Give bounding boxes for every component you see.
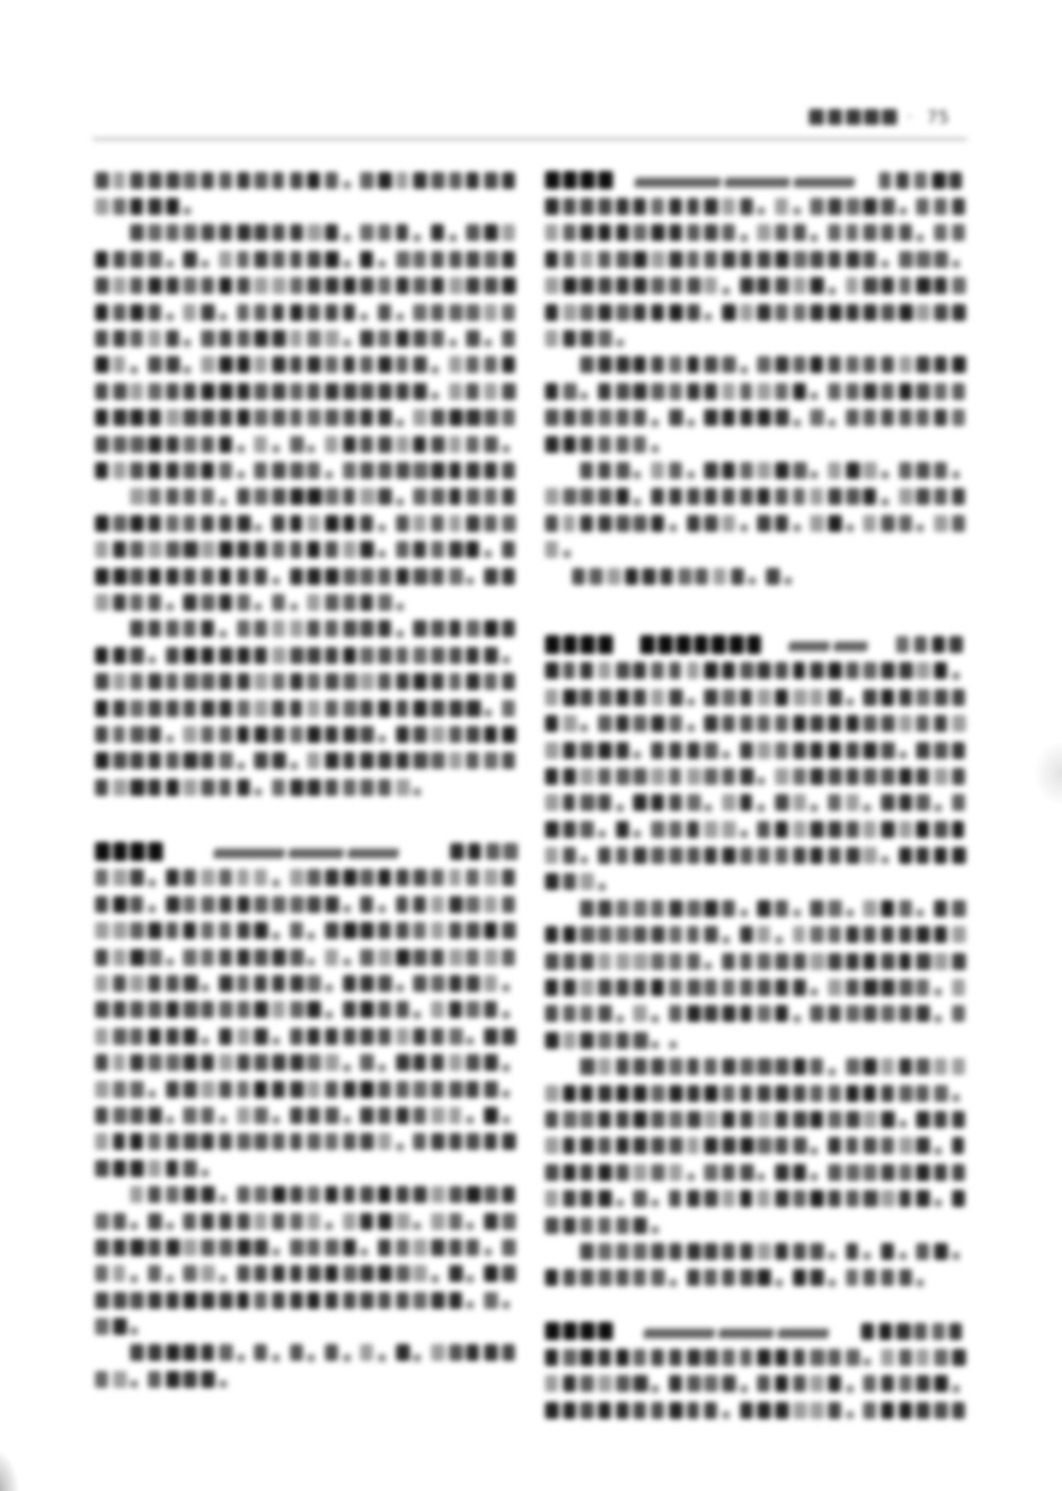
glyph (378, 431, 396, 457)
glyph (669, 299, 687, 325)
glyph-ink (396, 436, 409, 453)
glyph (413, 431, 431, 457)
glyph-ink (545, 1375, 558, 1392)
glyph (881, 974, 899, 1000)
glyph (130, 563, 148, 589)
glyph (598, 457, 616, 483)
glyph-ink (201, 462, 214, 479)
punctuation-glyph-ink (810, 471, 818, 479)
glyph-ink (413, 1186, 426, 1203)
glyph (413, 970, 431, 996)
glyph-ink (502, 568, 515, 585)
glyph (934, 684, 952, 710)
glyph-ink (881, 742, 895, 759)
glyph (450, 838, 468, 864)
glyph-ink (290, 949, 304, 966)
glyph-ink (899, 689, 912, 706)
glyph (916, 1238, 934, 1264)
glyph (130, 325, 148, 351)
glyph (952, 816, 970, 842)
glyph-ink (183, 1081, 196, 1098)
glyph (237, 299, 255, 325)
glyph-ink (166, 488, 179, 505)
text-line (95, 1076, 521, 1102)
punctuation-glyph-ink (502, 984, 510, 992)
glyph-ink (810, 356, 823, 373)
glyph (360, 1023, 378, 1049)
glyph-ink (863, 383, 876, 400)
text-line (545, 922, 967, 948)
glyph (704, 1397, 722, 1423)
glyph (881, 816, 899, 842)
glyph-ink (201, 1213, 214, 1230)
punctuation-glyph-ink (916, 524, 924, 532)
punctuation-glyph-ink (633, 830, 641, 838)
glyph-ink (290, 224, 304, 241)
glyph-ink (607, 568, 621, 585)
glyph (113, 457, 131, 483)
glyph-ink (237, 673, 251, 690)
glyph (325, 536, 343, 562)
glyph (360, 1181, 378, 1207)
glyph (413, 918, 431, 944)
glyph (651, 510, 669, 536)
glyph (580, 1185, 598, 1211)
glyph-ink (183, 462, 197, 479)
glyph (757, 1133, 775, 1159)
glyph (616, 1371, 634, 1397)
glyph (413, 1129, 431, 1155)
glyph-ink (237, 172, 251, 189)
glyph-ink (413, 356, 427, 373)
glyph (633, 895, 651, 921)
text-line (545, 220, 967, 246)
glyph-ink (704, 277, 717, 294)
glyph (722, 352, 740, 378)
glyph-ink (396, 1081, 409, 1098)
glyph-ink (793, 1111, 807, 1128)
glyph (669, 352, 687, 378)
glyph (466, 405, 484, 431)
glyph (183, 563, 201, 589)
glyph (325, 1234, 343, 1260)
glyph-ink (881, 1243, 894, 1260)
glyph-ink (651, 251, 665, 268)
glyph-ink (757, 277, 770, 294)
glyph-ink (846, 1243, 859, 1260)
glyph-ink (828, 689, 842, 706)
glyph (431, 220, 449, 246)
glyph (502, 1181, 520, 1207)
glyph-ink (934, 1058, 947, 1075)
glyph-ink (669, 742, 682, 759)
glyph (916, 816, 934, 842)
glyph-ink (896, 1323, 910, 1340)
punctuation-glyph-ink (166, 958, 174, 966)
glyph-ink (757, 1058, 771, 1075)
glyph-ink (113, 436, 127, 453)
glyph-ink (704, 488, 717, 505)
glyph (290, 273, 308, 299)
glyph-ink (616, 488, 629, 505)
glyph (952, 246, 970, 272)
glyph (307, 167, 325, 193)
glyph (914, 631, 932, 657)
glyph (307, 299, 325, 325)
punctuation-glyph-ink (722, 751, 730, 759)
glyph (307, 970, 325, 996)
glyph (580, 948, 598, 974)
glyph (484, 1340, 502, 1366)
glyph (360, 220, 378, 246)
glyph-ink (580, 1137, 594, 1154)
glyph (863, 1133, 881, 1159)
glyph (484, 695, 502, 721)
glyph (219, 273, 237, 299)
glyph-ink (360, 1265, 374, 1282)
glyph-ink (775, 462, 789, 479)
glyph-ink (343, 356, 356, 373)
glyph-ink (290, 1292, 303, 1309)
glyph-ink (360, 620, 374, 637)
glyph (148, 1208, 166, 1234)
glyph-ink (616, 1349, 629, 1366)
glyph (793, 895, 811, 921)
glyph-ink (237, 251, 250, 268)
glyph (378, 484, 396, 510)
glyph (502, 1076, 520, 1102)
glyph (113, 1102, 131, 1128)
glyph (95, 1102, 113, 1128)
glyph-ink (740, 979, 754, 996)
glyph (130, 273, 148, 299)
glyph (237, 1340, 255, 1366)
glyph-ink (325, 726, 338, 743)
glyph (378, 167, 396, 193)
glyph (272, 642, 290, 668)
punctuation-glyph-ink (343, 958, 351, 966)
glyph (563, 842, 581, 868)
glyph (580, 220, 598, 246)
glyph (95, 944, 113, 970)
continuation-block (95, 167, 521, 220)
glyph-ink (775, 847, 788, 864)
glyph (502, 563, 520, 589)
glyph (396, 1234, 414, 1260)
glyph-ink (899, 277, 912, 294)
glyph-ink (616, 715, 630, 732)
glyph-ink (846, 847, 860, 864)
glyph (290, 1208, 308, 1234)
glyph-ink (130, 515, 144, 532)
glyph (580, 510, 598, 536)
text-line (95, 642, 521, 668)
glyph (396, 668, 414, 694)
glyph-ink (307, 1186, 320, 1203)
glyph (775, 842, 793, 868)
glyph (810, 1397, 828, 1423)
glyph (687, 352, 705, 378)
glyph-ink (828, 462, 841, 479)
glyph-ink (290, 251, 303, 268)
glyph-ink (325, 436, 339, 453)
glyph-ink (466, 975, 479, 992)
glyph-ink (360, 726, 374, 743)
glyph (272, 405, 290, 431)
glyph (916, 895, 934, 921)
glyph (378, 891, 396, 917)
glyph-ink (563, 1164, 577, 1181)
glyph-ink (899, 1190, 912, 1207)
glyph (704, 246, 722, 272)
glyph-ink (360, 1081, 373, 1098)
glyph-ink (396, 1292, 409, 1309)
glyph-ink (466, 488, 480, 505)
glyph-ink (757, 821, 770, 838)
glyph-ink (563, 715, 577, 732)
glyph (290, 944, 308, 970)
glyph-ink (949, 1323, 962, 1340)
glyph-ink (633, 383, 646, 400)
glyph (616, 710, 634, 736)
glyph-ink (952, 900, 966, 917)
glyph (580, 895, 598, 921)
glyph (183, 1366, 201, 1392)
punctuation-glyph-ink (343, 260, 351, 268)
glyph (307, 616, 325, 642)
glyph (183, 273, 201, 299)
glyph-ink (431, 896, 444, 913)
latin-name-blurred (212, 838, 404, 864)
glyph (633, 922, 651, 948)
glyph-ink (166, 1371, 180, 1388)
glyph (95, 721, 113, 747)
glyph (916, 763, 934, 789)
glyph-ink (272, 700, 285, 717)
glyph (934, 974, 952, 1000)
glyph (413, 1181, 431, 1207)
glyph (722, 1106, 740, 1132)
glyph-ink (307, 1001, 321, 1018)
glyph (580, 246, 598, 272)
glyph-ink (431, 488, 445, 505)
punctuation-glyph-ink (378, 905, 386, 913)
glyph-ink (669, 304, 683, 321)
glyph (148, 510, 166, 536)
glyph (775, 974, 793, 1000)
glyph-ink (148, 726, 161, 743)
glyph (219, 167, 237, 193)
glyph (396, 1340, 414, 1366)
glyph (166, 1155, 184, 1181)
glyph (272, 918, 290, 944)
glyph (378, 220, 396, 246)
glyph-ink (130, 436, 144, 453)
glyph (413, 1102, 431, 1128)
glyph-ink (431, 251, 444, 268)
punctuation-glyph-ink (343, 1064, 351, 1072)
glyph-ink (166, 673, 179, 690)
glyph-ink (272, 541, 286, 558)
glyph (828, 457, 846, 483)
punctuation-glyph-ink (793, 524, 801, 532)
glyph (633, 1159, 651, 1185)
glyph-ink (694, 635, 709, 654)
glyph (272, 1287, 290, 1313)
glyph-ink (722, 1375, 736, 1392)
glyph-ink (775, 515, 788, 532)
glyph (254, 220, 272, 246)
glyph-ink (863, 488, 876, 505)
glyph (598, 167, 616, 193)
glyph-ink (598, 1349, 611, 1366)
punctuation-glyph-ink (130, 366, 138, 374)
punctuation-glyph-ink (793, 207, 801, 215)
glyph-ink (237, 975, 250, 992)
glyph-ink (775, 488, 789, 505)
glyph-ink (580, 1111, 593, 1128)
glyph (563, 1318, 581, 1344)
glyph (793, 1265, 811, 1291)
glyph (468, 838, 486, 864)
glyph-ink (828, 979, 842, 996)
glyph (846, 352, 864, 378)
glyph (881, 737, 899, 763)
glyph (486, 838, 504, 864)
glyph (183, 1234, 201, 1260)
glyph (325, 510, 343, 536)
punctuation-glyph-ink (219, 630, 227, 638)
glyph-ink (219, 1028, 232, 1045)
glyph-ink (343, 594, 357, 611)
glyph (201, 1366, 219, 1392)
glyph (916, 658, 934, 684)
glyph (449, 1234, 467, 1260)
glyph-ink (272, 1213, 285, 1230)
glyph (466, 378, 484, 404)
glyph (219, 299, 237, 325)
glyph (484, 1050, 502, 1076)
glyph-ink (272, 975, 285, 992)
glyph-ink (899, 488, 913, 505)
glyph-ink (713, 568, 726, 585)
glyph-ink (325, 779, 338, 796)
glyph (881, 763, 899, 789)
punctuation-glyph-ink (237, 445, 245, 453)
glyph-ink (113, 1160, 127, 1177)
glyph-ink (431, 541, 444, 558)
glyph-ink (633, 1058, 647, 1075)
glyph (687, 658, 705, 684)
glyph-ink (130, 700, 144, 717)
glyph (633, 299, 651, 325)
glyph (757, 974, 775, 1000)
punctuation-glyph-ink (952, 1094, 960, 1102)
glyph (237, 352, 255, 378)
glyph (148, 1076, 166, 1102)
glyph (343, 616, 361, 642)
glyph-ink (343, 922, 357, 939)
glyph-ink (740, 409, 754, 426)
punctuation-glyph-ink (201, 1169, 209, 1177)
glyph (130, 865, 148, 891)
glyph (272, 536, 290, 562)
glyph (449, 299, 467, 325)
glyph-ink (290, 1054, 304, 1071)
glyph (896, 1318, 914, 1344)
text-line (545, 431, 967, 457)
glyph (431, 616, 449, 642)
glyph (810, 299, 828, 325)
glyph-ink (502, 1186, 515, 1203)
glyph (616, 763, 634, 789)
glyph-ink (254, 277, 268, 294)
glyph (949, 167, 967, 193)
punctuation-glyph-ink (343, 1354, 351, 1362)
glyph (598, 325, 616, 351)
glyph-ink (916, 409, 929, 426)
glyph-ink (360, 779, 374, 796)
glyph (183, 918, 201, 944)
glyph (396, 457, 414, 483)
glyph-ink (307, 1133, 321, 1150)
glyph-ink (484, 1081, 498, 1098)
glyph-ink (545, 1322, 560, 1341)
glyph-ink (687, 979, 701, 996)
punctuation-glyph-ink (916, 234, 924, 242)
glyph (166, 563, 184, 589)
glyph-ink (449, 620, 462, 637)
glyph (290, 616, 308, 642)
glyph (881, 790, 899, 816)
glyph-ink (502, 383, 516, 400)
glyph (307, 668, 325, 694)
glyph (810, 1159, 828, 1185)
glyph (237, 1023, 255, 1049)
glyph-ink (360, 568, 373, 585)
glyph-ink (360, 949, 373, 966)
glyph-ink (95, 647, 108, 664)
glyph-ink (325, 515, 339, 532)
glyph (378, 918, 396, 944)
paragraph-indent (95, 1340, 130, 1341)
glyph (237, 457, 255, 483)
glyph-ink (881, 979, 895, 996)
glyph (775, 790, 793, 816)
glyph (95, 838, 113, 864)
glyph-ink (201, 409, 214, 426)
glyph (95, 1261, 113, 1287)
glyph (449, 668, 467, 694)
text-line (95, 838, 521, 864)
glyph (598, 299, 616, 325)
punctuation-glyph-ink (810, 988, 818, 996)
glyph-ink (704, 1137, 717, 1154)
glyph (899, 895, 917, 921)
glyph-ink (183, 896, 196, 913)
glyph-ink (95, 462, 108, 479)
glyph (580, 1080, 598, 1106)
glyph-ink (545, 1005, 558, 1022)
glyph (914, 1318, 932, 1344)
glyph (431, 1287, 449, 1313)
glyph-ink (290, 700, 303, 717)
glyph (183, 1129, 201, 1155)
glyph-ink (396, 541, 409, 558)
latin-word-blurred (833, 642, 868, 653)
glyph (290, 748, 308, 774)
glyph-ink (502, 356, 515, 373)
